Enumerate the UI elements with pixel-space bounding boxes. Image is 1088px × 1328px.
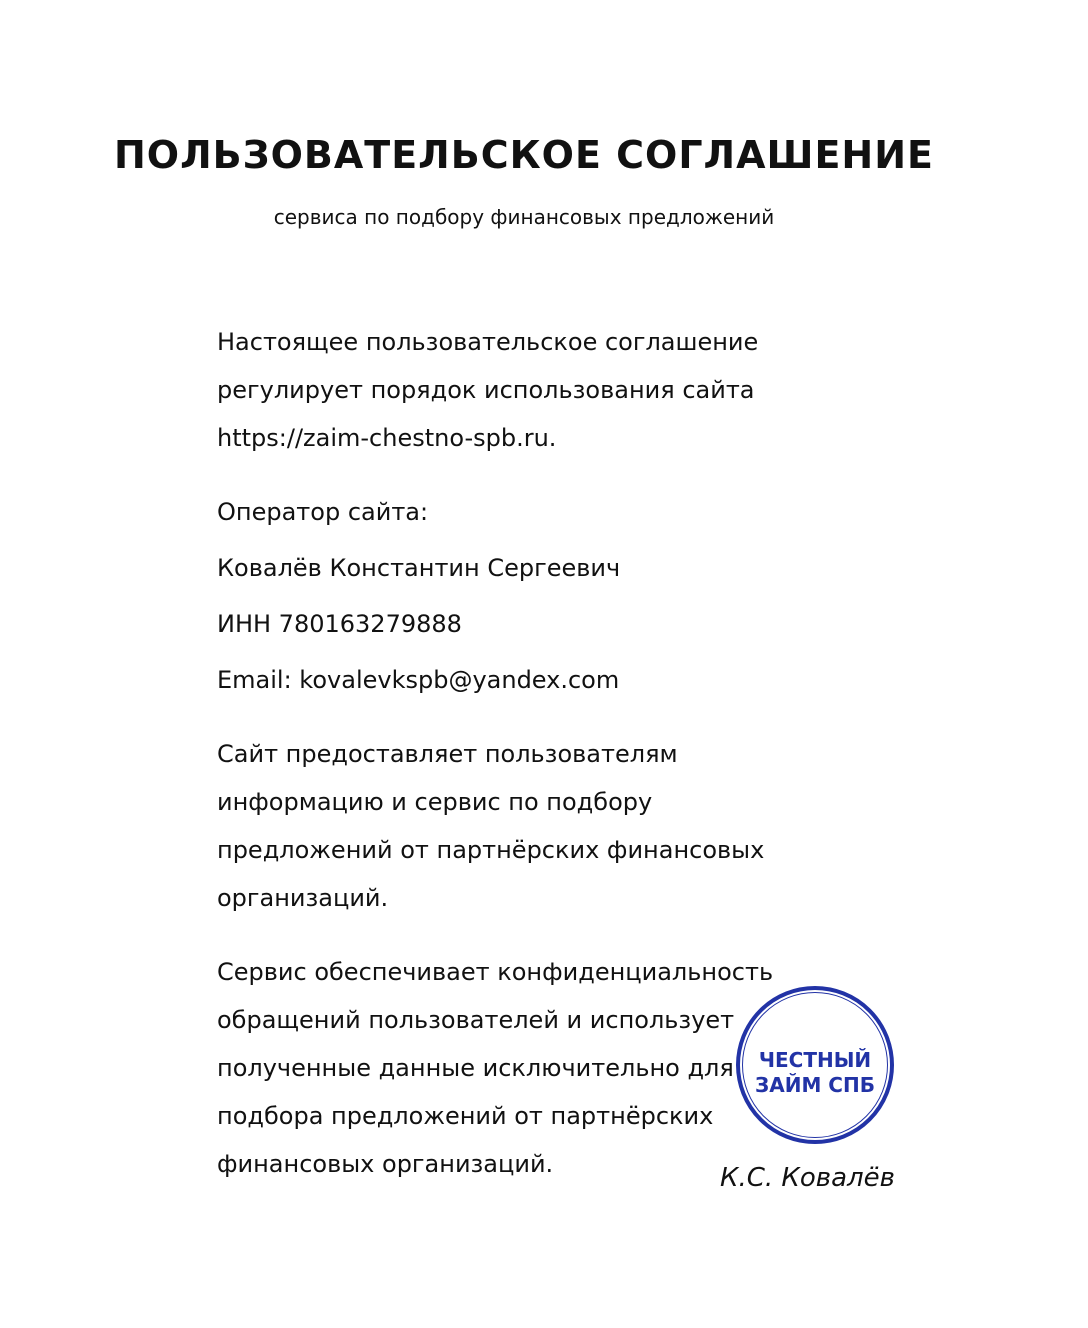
- stamp-text: ЧЕСТНЫЙ ЗАЙМ СПБ: [736, 1048, 894, 1098]
- company-stamp: ЧЕСТНЫЙ ЗАЙМ СПБ: [736, 986, 894, 1144]
- intro-line-url: https://zaim-chestno-spb.ru.: [217, 414, 857, 462]
- operator-email: Email: kovalevkspb@yandex.com: [217, 652, 857, 708]
- service-line: Сайт предоставляет пользователям: [217, 730, 857, 778]
- operator-label: Оператор сайта:: [217, 484, 857, 540]
- service-line: информацию и сервис по подбору: [217, 778, 857, 826]
- intro-paragraph: Настоящее пользовательское соглашение ре…: [217, 318, 857, 462]
- operator-name: Ковалёв Константин Сергеевич: [217, 540, 857, 596]
- document-title: ПОЛЬЗОВАТЕЛЬСКОЕ СОГЛАШЕНИЕ: [0, 132, 1048, 178]
- stamp-line-1: ЧЕСТНЫЙ: [736, 1048, 894, 1073]
- intro-line: регулирует порядок использования сайта: [217, 366, 857, 414]
- operator-block: Оператор сайта: Ковалёв Константин Серге…: [217, 484, 857, 708]
- document-subtitle: сервиса по подбору финансовых предложени…: [0, 204, 1048, 230]
- stamp-line-2: ЗАЙМ СПБ: [736, 1073, 894, 1098]
- service-line: предложений от партнёрских финансовых: [217, 826, 857, 874]
- service-line: организаций.: [217, 874, 857, 922]
- service-paragraph: Сайт предоставляет пользователям информа…: [217, 730, 857, 922]
- intro-line: Настоящее пользовательское соглашение: [217, 318, 857, 366]
- operator-inn: ИНН 780163279888: [217, 596, 857, 652]
- signature: К.С. Ковалёв: [720, 1160, 895, 1196]
